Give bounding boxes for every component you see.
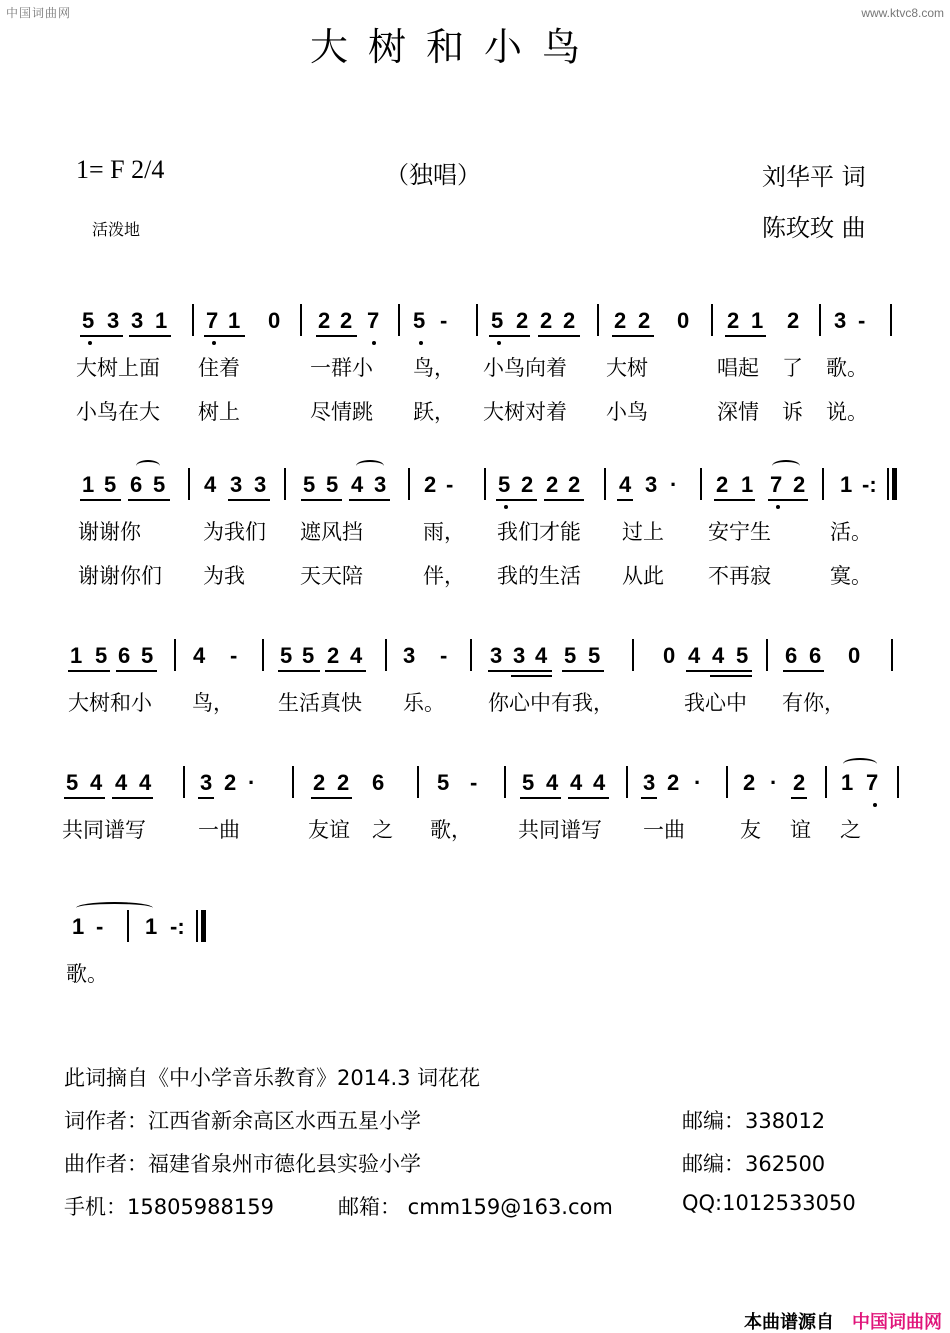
note: 4 (204, 472, 216, 498)
lyric-verse-1: 小鸟向着 (483, 352, 567, 382)
note: - (230, 643, 237, 669)
beam-underline (198, 797, 214, 799)
note: 0 (663, 643, 675, 669)
repeat-barline-thin (196, 910, 198, 942)
barline (711, 304, 713, 336)
note: 1 (155, 308, 167, 334)
note: 2 (224, 770, 236, 796)
note: 3 (374, 472, 386, 498)
beam-underline (617, 499, 633, 501)
note: · (694, 770, 701, 796)
note: 4 (139, 770, 151, 796)
note: 3 (254, 472, 266, 498)
note: 5 (95, 643, 107, 669)
note: 5 (303, 472, 315, 498)
note: 3 (643, 770, 655, 796)
source-site-link[interactable]: 中国词曲网 (852, 1308, 942, 1333)
repeat-barline-thick (892, 468, 897, 500)
note: - (446, 472, 453, 498)
note: 2 (614, 308, 626, 334)
lyric-verse-1: 一群小 (310, 352, 373, 382)
note: 5 (104, 472, 116, 498)
tempo-marking: 活泼地 (92, 217, 140, 240)
beam-underline (544, 499, 584, 501)
barline (385, 639, 387, 671)
notation-line: 544432·2265-544432·2·217共同谱写一曲友谊之歌，共同谱写一… (0, 770, 950, 910)
note: 1 (228, 308, 240, 334)
note: 3 (107, 308, 119, 334)
note: 3 (230, 472, 242, 498)
note: 3 (834, 308, 846, 334)
barline (188, 468, 190, 500)
lyric-verse-1: 乐。 (403, 687, 445, 717)
barline (127, 910, 129, 942)
note: 2 (787, 308, 799, 334)
note: 4 (546, 770, 558, 796)
lyric-verse-1: 鸟， (413, 352, 455, 382)
lyric-verse-1: 歌。 (66, 958, 108, 988)
octave-dot-below (88, 341, 92, 345)
barline (604, 468, 606, 500)
note: 3 (131, 308, 143, 334)
barline (484, 468, 486, 500)
note: 5 (66, 770, 78, 796)
lyric-verse-2: 大树对着 (483, 396, 567, 426)
note: 2 (337, 770, 349, 796)
barline (292, 766, 294, 798)
lyric-verse-1: 你心中有我， (488, 687, 614, 717)
lyric-verse-1: 我心中 (684, 687, 747, 717)
lyric-verse-1: 歌， (430, 814, 472, 844)
beam-underline (489, 335, 530, 337)
barline (890, 304, 892, 336)
octave-dot-below (504, 505, 508, 509)
lyric-verse-1: 友 (740, 814, 761, 844)
beam-underline (641, 797, 657, 799)
beam-underline (311, 797, 352, 799)
barline (700, 468, 702, 500)
barline (262, 639, 264, 671)
lyric-verse-1: 大树和小 (68, 687, 152, 717)
note: 1 (70, 643, 82, 669)
note: 7 (367, 308, 379, 334)
lyric-verse-1: 有你， (782, 687, 845, 717)
note: 1 (841, 770, 853, 796)
beam-underline (538, 335, 580, 337)
note: 2 (521, 472, 533, 498)
note: 5 (522, 770, 534, 796)
barline (626, 766, 628, 798)
lyric-verse-2: 伴， (423, 560, 465, 590)
beam-underline (80, 499, 121, 501)
beam-underline (68, 670, 110, 672)
repeat-barline-thin (887, 468, 889, 500)
note: 4 (350, 643, 362, 669)
barline (819, 304, 821, 336)
lyric-verse-1: 谊 (790, 814, 811, 844)
lyric-verse-2: 不再寂 (708, 560, 771, 590)
barline (174, 639, 176, 671)
beam-underline (228, 499, 270, 501)
source-prefix: 本曲谱源自 (744, 1308, 834, 1333)
note: 5 (564, 643, 576, 669)
note: 2 (563, 308, 575, 334)
tie-arc (843, 758, 877, 770)
lyric-verse-2: 说。 (826, 396, 868, 426)
note: 2 (318, 308, 330, 334)
note: 2 (793, 472, 805, 498)
lyric-verse-1: 友谊 (308, 814, 350, 844)
barline (417, 766, 419, 798)
lyric-verse-1: 过上 (622, 516, 664, 546)
note: 0 (677, 308, 689, 334)
note: -: (862, 472, 877, 498)
lyric-verse-1: 一曲 (198, 814, 240, 844)
note: 1 (82, 472, 94, 498)
beam-underline (325, 670, 366, 672)
note: 1 (751, 308, 763, 334)
note: 2 (540, 308, 552, 334)
lyricist-zip: 邮编：338012 (682, 1105, 825, 1135)
lyric-verse-2: 我的生活 (497, 560, 581, 590)
barline (476, 304, 478, 336)
note: 6 (372, 770, 384, 796)
lyric-verse-1: 之 (372, 814, 393, 844)
barline (597, 304, 599, 336)
notation-line: 1-1-:歌。 (0, 914, 950, 1054)
barline (504, 766, 506, 798)
note: 4 (688, 643, 700, 669)
octave-dot-below (372, 341, 376, 345)
note: · (770, 770, 777, 796)
beam-underline (64, 797, 105, 799)
note: 4 (115, 770, 127, 796)
note: 2 (638, 308, 650, 334)
barline (300, 304, 302, 336)
beam-underline (568, 797, 609, 799)
note: 7 (866, 770, 878, 796)
song-title: 大树和小鸟 (0, 16, 910, 71)
lyric-verse-1: 之 (840, 814, 861, 844)
notation-line: 156543355432-522243·21721-:谢谢你为我们遮风挡雨，我们… (0, 472, 950, 612)
key-time-signature: 1= F 2/4 (76, 155, 164, 185)
beam-underline (129, 335, 171, 337)
lyric-verse-1: 了 (782, 352, 803, 382)
note: 1 (72, 914, 84, 940)
barline (897, 766, 899, 798)
note: 2 (327, 643, 339, 669)
lyric-verse-2: 尽情跳 (310, 396, 373, 426)
note: 2 (313, 770, 325, 796)
lyric-verse-1: 谢谢你 (78, 516, 141, 546)
beam-underline (316, 335, 357, 337)
note: 5 (326, 472, 338, 498)
tie-arc (772, 460, 800, 472)
note: · (670, 472, 677, 498)
beam-underline (725, 335, 766, 337)
note: 4 (593, 770, 605, 796)
beam-underline (278, 670, 320, 672)
note: 5 (413, 308, 425, 334)
note: - (440, 643, 447, 669)
octave-dot-below (497, 341, 501, 345)
note: 2 (716, 472, 728, 498)
lyric-verse-2: 跃， (413, 396, 455, 426)
composer-credit: 陈玫玫 曲 (762, 208, 866, 243)
barline (398, 304, 400, 336)
note: 3 (645, 472, 657, 498)
lyric-verse-2: 寞。 (830, 560, 872, 590)
beam-underline-double (710, 675, 752, 677)
lyric-verse-1: 共同谱写 (518, 814, 602, 844)
note: 5 (302, 643, 314, 669)
note: 3 (200, 770, 212, 796)
beam-underline (768, 499, 808, 501)
lyric-verse-2: 从此 (622, 560, 664, 590)
note: 4 (90, 770, 102, 796)
note: 4 (619, 472, 631, 498)
beam-underline (349, 499, 390, 501)
lyric-verse-1: 唱起 (717, 352, 759, 382)
note: 2 (743, 770, 755, 796)
note: 6 (118, 643, 130, 669)
lyric-verse-1: 一曲 (643, 814, 685, 844)
note: 3 (403, 643, 415, 669)
beam-underline (496, 499, 537, 501)
lyric-verse-2: 天天陪 (300, 560, 363, 590)
barline (825, 766, 827, 798)
beam-underline (116, 670, 157, 672)
lyric-verse-2: 为我 (203, 560, 245, 590)
performance-type: （独唱） (385, 155, 481, 190)
repeat-barline-thick (201, 910, 206, 942)
note: 2 (568, 472, 580, 498)
beam-underline (791, 797, 807, 799)
note: 4 (193, 643, 205, 669)
note: - (96, 914, 103, 940)
barline (470, 639, 472, 671)
lyric-verse-2: 谢谢你们 (78, 560, 162, 590)
note: 3 (490, 643, 502, 669)
note: 7 (206, 308, 218, 334)
beam-underline (128, 499, 170, 501)
note: 5 (491, 308, 503, 334)
beam-underline (562, 670, 604, 672)
lyric-verse-1: 遮风挡 (300, 516, 363, 546)
source-note: 此词摘自《中小学音乐教育》2014.3 词花花 (64, 1062, 480, 1092)
beam-underline (80, 335, 123, 337)
note: 2 (424, 472, 436, 498)
tie-arc (356, 460, 384, 472)
note: 6 (809, 643, 821, 669)
note: 2 (516, 308, 528, 334)
notation-line: 53317102275-52222202123-大树上面住着一群小鸟，小鸟向着大… (0, 308, 950, 448)
note: 6 (785, 643, 797, 669)
note: 3 (513, 643, 525, 669)
beam-underline (783, 670, 824, 672)
note: 4 (535, 643, 547, 669)
beam-underline (112, 797, 153, 799)
note: 7 (770, 472, 782, 498)
lyric-verse-2: 小鸟 (606, 396, 648, 426)
note: 4 (351, 472, 363, 498)
lyric-verse-1: 歌。 (826, 352, 868, 382)
octave-dot-below (212, 341, 216, 345)
note: 2 (667, 770, 679, 796)
beam-underline (301, 499, 342, 501)
barline (632, 639, 634, 671)
note: 1 (840, 472, 852, 498)
note: 4 (570, 770, 582, 796)
lyric-verse-2: 小鸟在大 (76, 396, 160, 426)
lyric-verse-1: 雨， (423, 516, 465, 546)
tie-arc (76, 902, 153, 914)
lyric-verse-1: 为我们 (203, 516, 266, 546)
beam-underline (686, 670, 752, 672)
note: · (248, 770, 255, 796)
barline (183, 766, 185, 798)
note: 2 (546, 472, 558, 498)
beam-underline (612, 335, 654, 337)
lyric-verse-1: 活。 (830, 516, 872, 546)
beam-underline (204, 335, 245, 337)
note: 2 (727, 308, 739, 334)
lyric-verse-1: 共同谱写 (62, 814, 146, 844)
note: 1 (145, 914, 157, 940)
note: 5 (498, 472, 510, 498)
note: 1 (741, 472, 753, 498)
note: 2 (340, 308, 352, 334)
note: 0 (848, 643, 860, 669)
tie-arc (136, 460, 160, 472)
notation-line: 15654-55243-334550445660大树和小鸟，生活真快乐。你心中有… (0, 643, 950, 783)
beam-underline (488, 670, 552, 672)
note: 4 (712, 643, 724, 669)
note: 5 (141, 643, 153, 669)
qq: QQ:1012533050 (682, 1191, 856, 1215)
barline (766, 639, 768, 671)
lyricist-address: 词作者：江西省新余高区水西五星小学 (64, 1105, 421, 1135)
lyric-verse-1: 我们才能 (497, 516, 581, 546)
barline (192, 304, 194, 336)
lyricist-credit: 刘华平 词 (762, 157, 866, 192)
note: 5 (153, 472, 165, 498)
lyric-verse-1: 鸟， (192, 687, 234, 717)
note: -: (170, 914, 185, 940)
lyric-verse-2: 深情 (717, 396, 759, 426)
note: 5 (588, 643, 600, 669)
barline (891, 639, 893, 671)
note: - (470, 770, 477, 796)
lyric-verse-2: 诉 (782, 396, 803, 426)
barline (822, 468, 824, 500)
lyric-verse-1: 住着 (198, 352, 240, 382)
lyric-verse-1: 大树上面 (76, 352, 160, 382)
barline (284, 468, 286, 500)
lyric-verse-1: 生活真快 (278, 687, 362, 717)
octave-dot-below (776, 505, 780, 509)
note: - (858, 308, 865, 334)
beam-underline (714, 499, 755, 501)
barline (726, 766, 728, 798)
phone: 手机：15805988159 (64, 1191, 274, 1221)
beam-underline-double (511, 675, 552, 677)
lyric-verse-2: 树上 (198, 396, 240, 426)
note: 6 (130, 472, 142, 498)
beam-underline (520, 797, 561, 799)
note: 5 (280, 643, 292, 669)
note: 5 (736, 643, 748, 669)
octave-dot-below (419, 341, 423, 345)
barline (408, 468, 410, 500)
email: 邮箱： cmm159@163.com (338, 1191, 613, 1221)
octave-dot-below (873, 803, 877, 807)
lyric-verse-1: 大树 (606, 352, 648, 382)
composer-address: 曲作者：福建省泉州市德化县实验小学 (64, 1148, 421, 1178)
lyric-verse-1: 安宁生 (708, 516, 771, 546)
note: 0 (268, 308, 280, 334)
note: - (440, 308, 447, 334)
note: 2 (793, 770, 805, 796)
composer-zip: 邮编：362500 (682, 1148, 825, 1178)
note: 5 (82, 308, 94, 334)
note: 5 (437, 770, 449, 796)
